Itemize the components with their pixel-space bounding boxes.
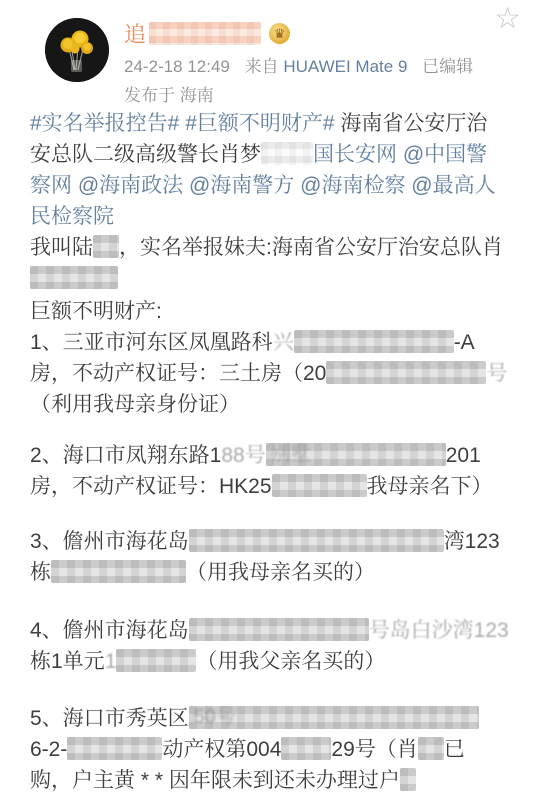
blurred-text: 号 [486,362,507,385]
censor-mosaic [261,142,313,165]
post-text: 房，不动产权证号：三土房（20 [30,362,326,385]
post-header: 追 ♛ 24-2-18 12:49 来自 HUAWEI Mate 9 已编辑 发… [45,18,521,106]
post-text-line: 房，不动产权证号：三土房（20号 [30,358,520,389]
post-text-line: 栋1单元1（用我父亲名买的） [30,646,520,677]
post-text-line: #实名举报控告# #巨额不明财产# 海南省公安厅治 [30,108,520,139]
blurred-text: 88号 [221,444,265,467]
censor-mosaic [116,649,196,672]
post-text: 海南省公安厅治 [335,112,488,135]
censor-mosaic [51,560,186,583]
post-text-line: （利用我母亲身份证） [30,389,520,420]
censor-mosaic [30,266,118,289]
post-location: 发布于 海南 [124,81,473,106]
post-text-line: 6-2-动产权第00429号（肖已 [30,734,520,765]
post-text: 房，不动产权证号：HK25 [30,475,272,498]
post-meta: 24-2-18 12:49 来自 HUAWEI Mate 9 已编辑 [124,52,473,77]
post-text: ，实名举报妹夫:海南省公安厅治安总队肖 [119,236,503,259]
post-text-line: 巨额不明财产: [30,296,520,327]
hashtag-mention-link[interactable]: #实名举报控告# #巨额不明财产# [30,112,335,135]
blurred-text: 号岛白沙湾123 [369,619,509,642]
post-text: 湾123 [444,530,500,553]
avatar[interactable] [45,18,109,82]
blurred-text: 1 [105,650,117,673]
censor-mosaic: 50号 [189,706,479,729]
username[interactable]: 追 [124,18,147,49]
post-text: 购，户主黄 * * 因年限未到还未办理过户 [30,769,400,792]
hashtag-mention-link[interactable]: 国长安网 @中国警 [313,143,487,166]
post-text: （用我父亲名买的） [196,650,385,673]
hashtag-mention-link[interactable]: 民检察院 [30,205,114,228]
post-text-line: 察网 @海南政法 @海南警方 @海南检察 @最高人 [30,170,520,201]
post-text-line: 安总队二级高级警长肖梦国长安网 @中国警 [30,139,520,170]
blurred-text: 兴 [273,331,294,354]
censor-mosaic [326,361,486,384]
post-text-line: 3、儋州市海花岛湾123 [30,526,520,557]
post-text-line: 我叫陆，实名举报妹夫:海南省公安厅治安总队肖 [30,232,520,263]
device-link[interactable]: HUAWEI Mate 9 [283,57,407,76]
post-text-line: 房，不动产权证号：HK25我母亲名下） [30,471,520,502]
weibo-post-page: 追 ♛ 24-2-18 12:49 来自 HUAWEI Mate 9 已编辑 发… [0,0,541,800]
favorite-star-icon[interactable]: ☆ [494,4,521,34]
post-text-line: 栋（用我母亲名买的） [30,557,520,588]
post-body: #实名举报控告# #巨额不明财产# 海南省公安厅治安总队二级高级警长肖梦国长安网… [30,108,520,796]
post-text: 我母亲名下） [367,475,493,498]
post-text-line: 2、海口市凤翔东路188号别墅201 [30,440,520,471]
post-text: 动产权第004 [162,738,281,761]
post-text: 201 [446,444,481,467]
post-text: 栋 [30,561,51,584]
censor-mosaic [189,529,444,552]
header-text-block: 追 ♛ 24-2-18 12:49 来自 HUAWEI Mate 9 已编辑 发… [124,18,473,106]
post-text: 2、海口市凤翔东路1 [30,444,221,467]
username-row: 追 ♛ [124,20,473,46]
post-text: 4、儋州市海花岛 [30,619,189,642]
censor-mosaic [418,737,444,760]
post-text: 已 [444,738,465,761]
via-label: 来自 [245,57,279,76]
blurred-text: 50号 [194,706,236,729]
edited-label: 已编辑 [422,57,473,76]
post-text: （利用我母亲身份证） [30,393,240,416]
censor-mosaic [189,618,369,641]
post-text: 安总队二级高级警长肖梦 [30,143,261,166]
post-text-line: 1、三亚市河东区凤凰路科兴-A [30,327,520,358]
post-text: 6-2- [30,738,67,761]
censor-mosaic [272,474,367,497]
post-text: 3、儋州市海花岛 [30,530,189,553]
post-text-line: 5、海口市秀英区50号 [30,703,520,734]
post-text: -A [454,331,475,354]
post-text: 栋1单元 [30,650,105,673]
censor-mosaic [93,235,119,258]
post-text: 巨额不明财产: [30,300,162,323]
censor-mosaic [67,737,162,760]
post-text-line: 民检察院 [30,201,520,232]
post-text-line: 购，户主黄 * * 因年限未到还未办理过户 [30,765,520,796]
post-text-line: 4、儋州市海花岛号岛白沙湾123 [30,615,520,646]
censor-mosaic [400,768,416,791]
blurred-text: 别墅 [271,443,311,466]
hashtag-mention-link[interactable]: 察网 @海南政法 @海南警方 @海南检察 @最高人 [30,174,496,197]
censor-mosaic [281,737,331,760]
post-text: （用我母亲名买的） [186,561,375,584]
username-censor-mosaic [149,22,261,45]
post-text: 5、海口市秀英区 [30,707,189,730]
vip-badge-icon: ♛ [269,23,290,44]
censor-mosaic: 别墅 [266,443,446,466]
post-text-line [30,263,520,294]
censor-mosaic [294,330,454,353]
avatar-flowers-image [45,18,109,82]
post-text: 29号（肖 [331,738,417,761]
post-time: 24-2-18 12:49 [124,57,230,76]
post-text: 1、三亚市河东区凤凰路科 [30,331,273,354]
post-text: 我叫陆 [30,236,93,259]
